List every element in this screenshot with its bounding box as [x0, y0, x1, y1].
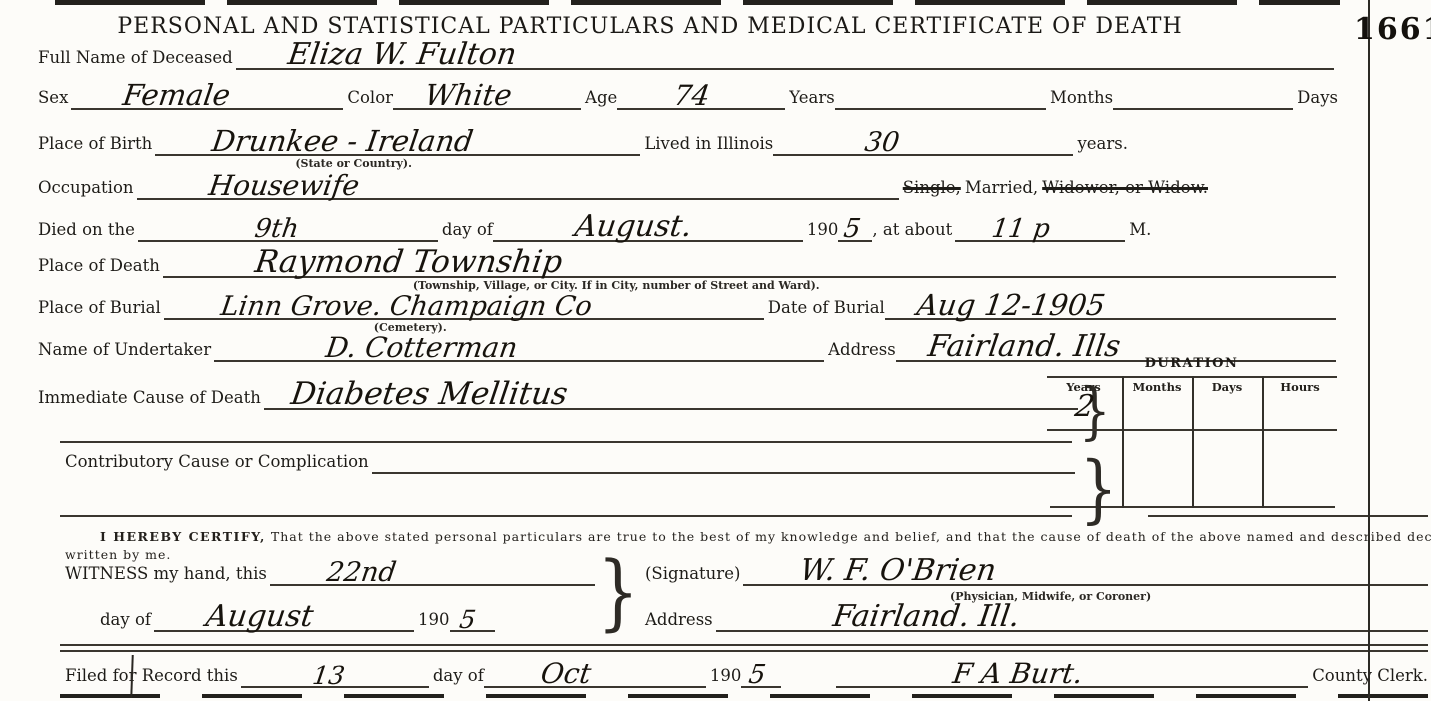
filed-day-of-label: day of [429, 667, 484, 688]
form-row-died-on: Died on the 9th day of August. 190 5 , a… [38, 212, 1198, 242]
witness-month-line: August [154, 628, 414, 632]
witness-year-line: 5 [450, 628, 495, 632]
separator-rule-2 [60, 650, 1428, 652]
died-year-line: 5 [838, 238, 872, 242]
contributory-brace-icon: } [1080, 452, 1118, 526]
form-row-sex-color-age: Sex Female Color White Age 74 Years Mont… [38, 82, 1338, 110]
duration-title: DURATION [1045, 356, 1338, 371]
witness-brace-icon: } [597, 552, 639, 634]
died-month-line: August. [493, 238, 803, 242]
place-of-birth-line: Drunkee - Ireland (State or Country). [155, 152, 640, 156]
certificate-number: 1661 [1354, 12, 1431, 47]
filed-day-value: 13 [311, 663, 346, 688]
physician-address-line: Fairland. Ill. [716, 628, 1428, 632]
place-of-burial-value: Linn Grove. Champaign Co [219, 293, 594, 320]
place-of-birth-value: Drunkee - Ireland [210, 127, 475, 156]
contributory-second-line [60, 515, 1072, 517]
age-line: 74 [617, 106, 785, 110]
full-name-line: Eliza W. Fulton [236, 66, 1334, 70]
duration-col-months: Months [1122, 380, 1192, 394]
form-row-physician-address: Address Fairland. Ill. [645, 602, 1428, 632]
color-value: White [423, 81, 514, 110]
sex-value: Female [121, 81, 232, 110]
contributory-cause-line [372, 470, 1075, 474]
color-label: Color [343, 89, 393, 110]
duration-vline-1 [1122, 376, 1124, 508]
form-row-witness: WITNESS my hand, this 22nd [65, 556, 595, 586]
lived-in-illinois-line: 30 [773, 152, 1073, 156]
contributory-cause-label: Contributory Cause or Complication [65, 453, 372, 474]
duration-years-value: 2 [1073, 392, 1096, 422]
age-years-line [835, 106, 1046, 110]
died-time-line: 11 p [955, 238, 1125, 242]
bottom-torn-rule [60, 694, 1428, 698]
certification-line1: I HEREBY CERTIFY, That the above stated … [100, 529, 1431, 544]
filed-label: Filed for Record this [65, 667, 241, 688]
right-bottom-line [1148, 515, 1428, 517]
witness-day-value: 22nd [325, 559, 398, 586]
date-of-burial-label: Date of Burial [764, 299, 885, 320]
marital-option-widow: Widower, or Widow. [1038, 179, 1208, 200]
binding-line [1368, 0, 1370, 701]
filed-month-value: Oct [539, 660, 593, 688]
immediate-cause-value: Diabetes Mellitus [289, 379, 570, 410]
lived-in-illinois-value: 30 [863, 129, 901, 156]
occupation-label: Occupation [38, 179, 137, 200]
immediate-cause-label: Immediate Cause of Death [38, 389, 264, 410]
place-of-death-value: Raymond Township [253, 247, 564, 278]
age-value: 74 [672, 82, 712, 110]
signature-value: W. F. O'Brien [798, 556, 998, 586]
age-months-label: Months [1046, 89, 1113, 110]
form-row-contributory-cause: Contributory Cause or Complication [65, 444, 1075, 474]
page-title: PERSONAL AND STATISTICAL PARTICULARS AND… [0, 14, 1300, 39]
filed-year-digit: 5 [747, 662, 767, 688]
witness-year-digit: 5 [458, 607, 477, 632]
separator-rule-1 [60, 644, 1428, 646]
died-year-prefix: 190 [803, 221, 839, 242]
form-row-full-name: Full Name of Deceased Eliza W. Fulton [38, 40, 1334, 70]
duration-vline-3 [1262, 376, 1264, 508]
color-line: White [393, 106, 581, 110]
died-day-line: 9th [138, 238, 438, 242]
died-day-value: 9th [253, 216, 300, 242]
lived-in-illinois-label: Lived in Illinois [640, 135, 773, 156]
date-of-burial-line: Aug 12-1905 [885, 316, 1336, 320]
witness-month-value: August [204, 602, 315, 632]
place-of-birth-label: Place of Birth [38, 135, 155, 156]
occupation-line: Housewife [137, 196, 899, 200]
clerk-signature-line: F A Burt. [836, 684, 1308, 688]
form-row-place-of-death: Place of Death Raymond Township (Townshi… [38, 248, 1336, 278]
undertaker-line: D. Cotterman [214, 358, 824, 362]
signature-label: (Signature) [645, 565, 743, 586]
form-row-immediate-cause: Immediate Cause of Death Diabetes Mellit… [38, 380, 1078, 410]
died-time-value: 11 p [990, 216, 1052, 242]
occupation-value: Housewife [207, 172, 361, 200]
age-days-label: Days [1293, 89, 1338, 110]
undertaker-address-label: Address [824, 341, 896, 362]
place-of-death-label: Place of Death [38, 257, 163, 278]
clerk-signature-value: F A Burt. [951, 660, 1085, 688]
filed-year-prefix: 190 [706, 667, 742, 688]
duration-vline-2 [1192, 376, 1194, 508]
form-row-filed: Filed for Record this 13 day of Oct 190 … [65, 658, 1428, 688]
years-suffix-label: years. [1073, 135, 1128, 156]
physician-address-label: Address [645, 611, 716, 632]
filed-month-line: Oct [484, 684, 706, 688]
witness-day-line: 22nd [270, 582, 595, 586]
date-of-burial-value: Aug 12-1905 [915, 291, 1107, 320]
marital-option-married: Married, [961, 179, 1038, 200]
certify-lead: I HEREBY CERTIFY, [100, 529, 266, 544]
died-at-about-label: , at about [872, 221, 955, 242]
filed-day-line: 13 [241, 684, 429, 688]
signature-line: W. F. O'Brien [743, 582, 1428, 586]
certify-body: That the above stated personal particula… [271, 529, 1431, 544]
sex-label: Sex [38, 89, 71, 110]
place-of-death-line: Raymond Township (Township, Village, or … [163, 274, 1336, 278]
duration-col-days: Days [1192, 380, 1262, 394]
age-years-label: Years [785, 89, 834, 110]
top-torn-rule [55, 0, 1340, 5]
death-certificate-page: 1661 PERSONAL AND STATISTICAL PARTICULAR… [0, 0, 1431, 701]
age-label: Age [581, 89, 617, 110]
filed-gap [781, 686, 836, 688]
died-meridiem-label: M. [1125, 221, 1151, 242]
witness-day-of-label: day of [100, 611, 154, 632]
physician-address-value: Fairland. Ill. [831, 602, 1021, 632]
full-name-label: Full Name of Deceased [38, 49, 236, 70]
age-months-line [1113, 106, 1293, 110]
full-name-value: Eliza W. Fulton [286, 40, 518, 70]
place-of-burial-label: Place of Burial [38, 299, 164, 320]
form-row-place-of-burial: Place of Burial Linn Grove. Champaign Co… [38, 292, 1336, 320]
died-year-digit: 5 [842, 216, 862, 242]
undertaker-label: Name of Undertaker [38, 341, 214, 362]
witness-label: WITNESS my hand, this [65, 565, 270, 586]
form-row-occupation: Occupation Housewife Single, Married, Wi… [38, 172, 1208, 200]
place-of-burial-line: Linn Grove. Champaign Co (Cemetery). [164, 316, 764, 320]
form-row-signature: (Signature) W. F. O'Brien [645, 556, 1428, 586]
filed-year-line: 5 [741, 684, 781, 688]
duration-col-hours: Hours [1262, 380, 1338, 394]
died-month-value: August. [573, 212, 694, 242]
died-on-label: Died on the [38, 221, 138, 242]
marital-option-single: Single, [899, 179, 961, 200]
sex-line: Female [71, 106, 343, 110]
died-day-of-label: day of [438, 221, 493, 242]
form-row-witness-date: day of August 190 5 [100, 602, 580, 632]
form-row-place-of-birth: Place of Birth Drunkee - Ireland (State … [38, 128, 1128, 156]
immediate-cause-line: Diabetes Mellitus [264, 406, 1078, 410]
undertaker-value: D. Cotterman [324, 334, 519, 362]
immediate-cause-second-line [60, 441, 1072, 443]
witness-year-prefix: 190 [414, 611, 450, 632]
